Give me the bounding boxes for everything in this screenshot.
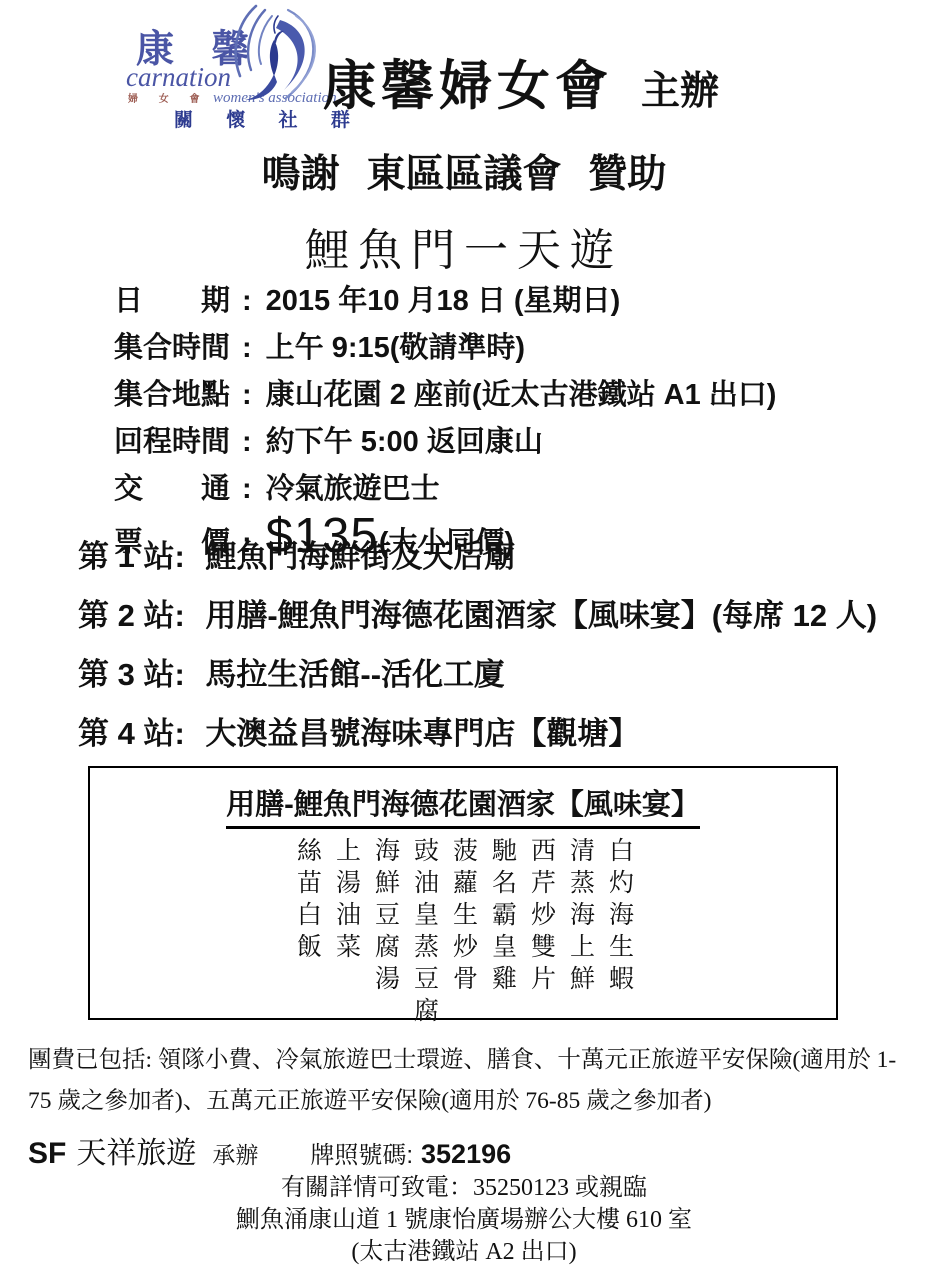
logo-members-chinese: 婦 女 會 (128, 94, 209, 105)
contact-address-line: 鰂魚涌康山道 1 號康怡廣場辦公大樓 610 室 (0, 1204, 928, 1236)
flyer-page: 康 馨 carnation 婦 女 會 women's association … (0, 0, 928, 1268)
detail-label: 集合地點 (114, 376, 230, 414)
carnation-logo: 康 馨 carnation 婦 女 會 women's association … (126, 6, 326, 128)
detail-row-date: 日期 : 2015 年10 月18 日 (星期日) (114, 282, 834, 320)
agency-name-zh: 天祥旅遊 (76, 1128, 196, 1172)
detail-value: 上午 9:15(敬請準時) (266, 329, 525, 367)
menu-dish: 菠蘿生炒骨 (451, 837, 476, 1035)
contact-exit-line: (太古港鐵站 A2 出口) (0, 1236, 928, 1268)
detail-colon: : (242, 329, 252, 367)
agency-name-en: SF (28, 1137, 66, 1171)
menu-dish: 豉油皇蒸豆腐 (412, 837, 437, 1035)
main-title-row: 康馨婦女會 主辦 (323, 44, 719, 120)
tour-operator-row: SF 天祥旅遊 承辦 牌照號碼: 352196 (28, 1128, 511, 1172)
menu-dish: 馳名霸皇雞 (490, 837, 515, 1035)
menu-title: 用膳-鯉魚門海德花園酒家【風味宴】 (226, 782, 700, 829)
banquet-menu-box: 用膳-鯉魚門海德花園酒家【風味宴】 絲苗白飯 上湯油菜 海鮮豆腐湯 豉油皇蒸豆腐… (88, 766, 838, 1020)
detail-row-meet-time: 集合時間 : 上午 9:15(敬請準時) (114, 329, 834, 367)
detail-colon: : (242, 376, 252, 414)
menu-title-wrap: 用膳-鯉魚門海德花園酒家【風味宴】 (90, 782, 836, 829)
station-row-3: 第 3 站: 馬拉生活館--活化工廈 (78, 658, 908, 692)
detail-colon: : (242, 423, 252, 461)
menu-dish: 清蒸海上鮮 (568, 837, 593, 1035)
menu-dish: 西芹炒雙片 (529, 837, 554, 1035)
phoenix-bird-icon (222, 4, 322, 116)
station-number: 第 3 站: (78, 657, 185, 692)
contact-phone-line: 有關詳情可致電：35250123 或親臨 (0, 1172, 928, 1204)
station-name: 馬拉生活館--活化工廈 (205, 657, 505, 692)
station-row-4: 第 4 站: 大澳益昌號海味專門店【觀塘】 (78, 717, 908, 751)
detail-label: 集合時間 (114, 329, 230, 367)
licence-label: 牌照號碼: (310, 1135, 413, 1170)
menu-dish-columns: 絲苗白飯 上湯油菜 海鮮豆腐湯 豉油皇蒸豆腐 菠蘿生炒骨 馳名霸皇雞 西芹炒雙片… (90, 837, 836, 1035)
organizer-name: 康馨婦女會 (323, 44, 613, 120)
trip-title: 鯉魚門一天遊 (0, 214, 928, 278)
organizer-role: 主辦 (641, 60, 719, 116)
station-name: 大澳益昌號海味專門店【觀塘】 (205, 716, 639, 751)
menu-dish: 海鮮豆腐湯 (373, 837, 398, 1035)
detail-row-transport: 交通 : 冷氣旅遊巴士 (114, 470, 834, 508)
fee-inclusion-note: 團費已包括: 領隊小費、冷氣旅遊巴士環遊、膳食、十萬元正旅遊平安保險(適用於 1… (28, 1040, 904, 1122)
station-name: 用膳-鯉魚門海德花園酒家【風味宴】(每席 12 人) (205, 598, 877, 633)
menu-dish: 白灼海生蝦 (607, 837, 632, 1035)
station-row-1: 第 1 站: 鯉魚門海鮮街及天后廟 (78, 540, 908, 574)
itinerary-stations: 第 1 站: 鯉魚門海鮮街及天后廟 第 2 站: 用膳-鯉魚門海德花園酒家【風味… (78, 540, 908, 776)
detail-colon: : (242, 470, 252, 508)
trip-details: 日期 : 2015 年10 月18 日 (星期日) 集合時間 : 上午 9:15… (114, 282, 834, 571)
detail-value: 約下午 5:00 返回康山 (266, 423, 543, 461)
contact-footer: 有關詳情可致電：35250123 或親臨 鰂魚涌康山道 1 號康怡廣場辦公大樓 … (0, 1172, 928, 1268)
acknowledgement-line: 鳴謝 東區區議會 贊助 (0, 143, 928, 199)
detail-label: 交通 (114, 470, 230, 508)
station-row-2: 第 2 站: 用膳-鯉魚門海德花園酒家【風味宴】(每席 12 人) (78, 599, 908, 633)
station-number: 第 4 站: (78, 716, 185, 751)
detail-value: 康山花園 2 座前(近太古港鐵站 A1 出口) (266, 376, 777, 414)
detail-value: 冷氣旅遊巴士 (266, 470, 440, 508)
station-number: 第 2 站: (78, 598, 185, 633)
licence-number: 352196 (421, 1139, 511, 1170)
detail-label: 回程時間 (114, 423, 230, 461)
menu-dish: 上湯油菜 (334, 837, 359, 1035)
agency-role: 承辦 (212, 1137, 258, 1170)
detail-row-return-time: 回程時間 : 約下午 5:00 返回康山 (114, 423, 834, 461)
detail-label: 日期 (114, 282, 230, 320)
detail-row-meet-point: 集合地點 : 康山花園 2 座前(近太古港鐵站 A1 出口) (114, 376, 834, 414)
station-number: 第 1 站: (78, 539, 185, 574)
station-name: 鯉魚門海鮮街及天后廟 (205, 539, 515, 574)
detail-value: 2015 年10 月18 日 (星期日) (266, 282, 621, 320)
detail-colon: : (242, 282, 252, 320)
menu-dish: 絲苗白飯 (295, 837, 320, 1035)
